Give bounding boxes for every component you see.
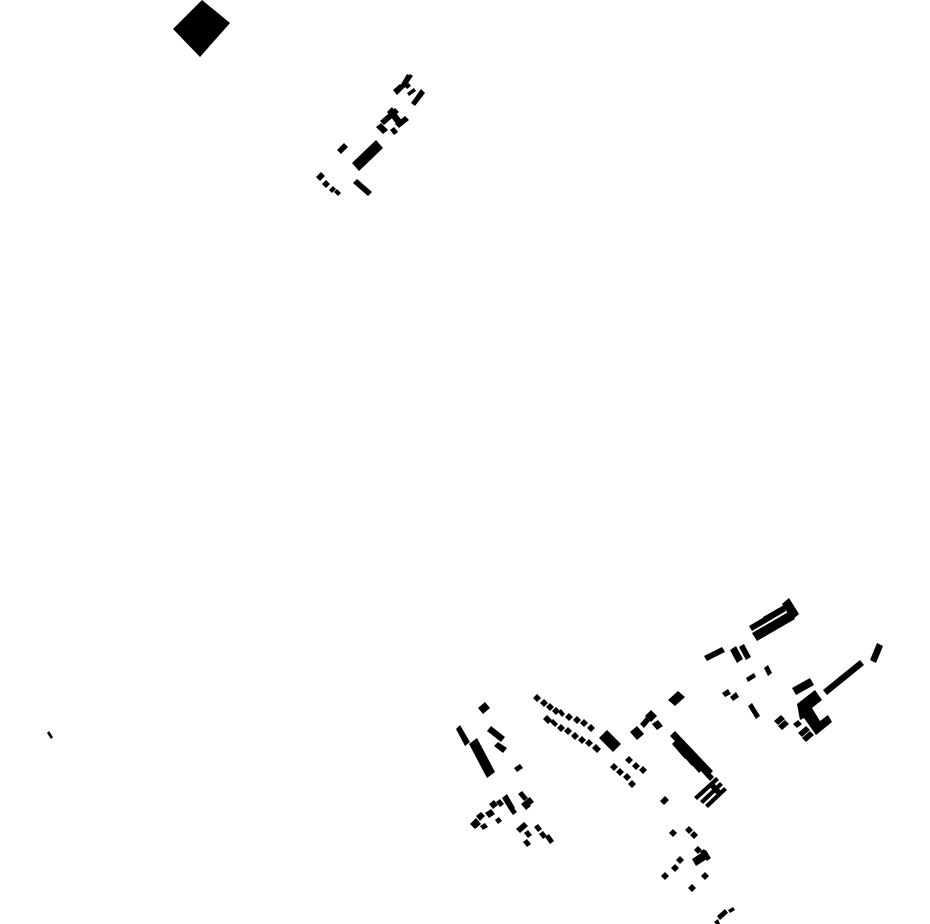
- figure-ground-map: [0, 0, 930, 924]
- map-background: [0, 0, 930, 924]
